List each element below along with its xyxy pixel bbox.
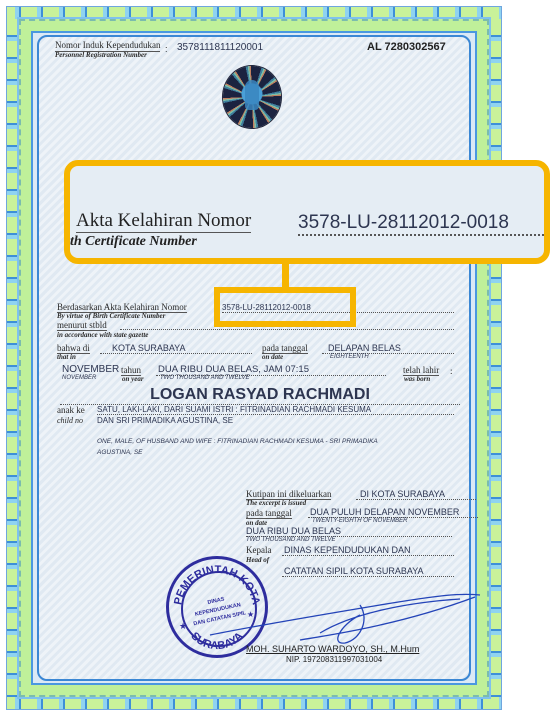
issued-year-en: TWO THOUSAND AND TWELVE [246,537,335,543]
child-name: LOGAN RASYAD RACHMADI [60,386,460,405]
berdasarkan-label-en: By virtue of Birth Certificate Number [57,312,165,320]
birth-month-en: NOVEMBER [62,375,96,381]
child-no-label: anak ke [57,405,85,415]
issued-date-label: pada tanggal [246,508,292,519]
birth-month: NOVEMBER [62,364,119,375]
born-label-en: was born [404,375,430,383]
office-line1: DINAS KEPENDUDUKAN DAN [282,545,454,556]
office-line2: CATATAN SIPIL KOTA SURABAYA [282,566,454,577]
issued-date-en: TWENTY-EIGHTH OF NOVEMBER [312,518,407,524]
birth-day: DELAPAN BELAS [322,343,454,354]
year-label-en: on year [122,375,144,383]
head-label: Kepala [246,545,271,555]
place-of-birth: KOTA SURABAYA [100,343,252,354]
issued-label-en: The excerpt is issued [246,499,306,507]
signer-nip: NIP. 197208311997031004 [286,655,382,664]
issued-year: DUA RIBU DUA BELAS [246,526,452,537]
nik-colon: : [165,44,168,54]
birth-year-en: TWO THOUSAND AND TWELVE [160,375,249,381]
issued-place: DI KOTA SURABAYA [356,489,476,500]
bahwa-label-en: that in [57,353,76,361]
callout-label: Akta Kelahiran Nomor [76,210,251,233]
child-description-line1: SATU, LAKI-LAKI, DARI SUAMI ISTRI : FITR… [97,405,454,415]
issued-date: DUA PULUH DELAPAN NOVEMBER [308,507,478,518]
certificate-number-callout: Akta Kelahiran Nomor th Certificate Numb… [64,160,550,264]
child-description-en-line1: ONE, MALE, OF HUSBAND AND WIFE : FITRINA… [97,438,378,445]
menurut-label: menurut stbld [57,320,107,331]
serial-number: AL 7280302567 [367,41,446,53]
nik-label-en: Personnel Registration Number [55,51,147,59]
callout-value: 3578-LU-28112012-0018 [298,212,544,236]
date-label-en: on date [262,353,283,361]
birth-day-en: EIGHTEENTH [330,354,369,360]
nik-value: 3578111811120001 [177,42,263,53]
callout-label-en: th Certificate Number [70,234,197,250]
hologram-icon [223,66,281,128]
child-description-line2: DAN SRI PRIMADIKA AGUSTINA, SE [97,416,233,425]
certificate-number-highlight [214,287,356,327]
menurut-label-en: in accordance with state gazette [57,331,148,339]
callout-connector [282,264,289,288]
menurut-value [120,328,454,330]
signer-name: MOH. SUHARTO WARDOYO, SH., M.Hum [246,644,419,654]
signature-scribble [200,585,490,645]
child-no-label-en: child no [57,416,83,425]
born-colon: : [450,366,453,376]
child-description-en-line2: AGUSTINA, SE [97,449,143,456]
